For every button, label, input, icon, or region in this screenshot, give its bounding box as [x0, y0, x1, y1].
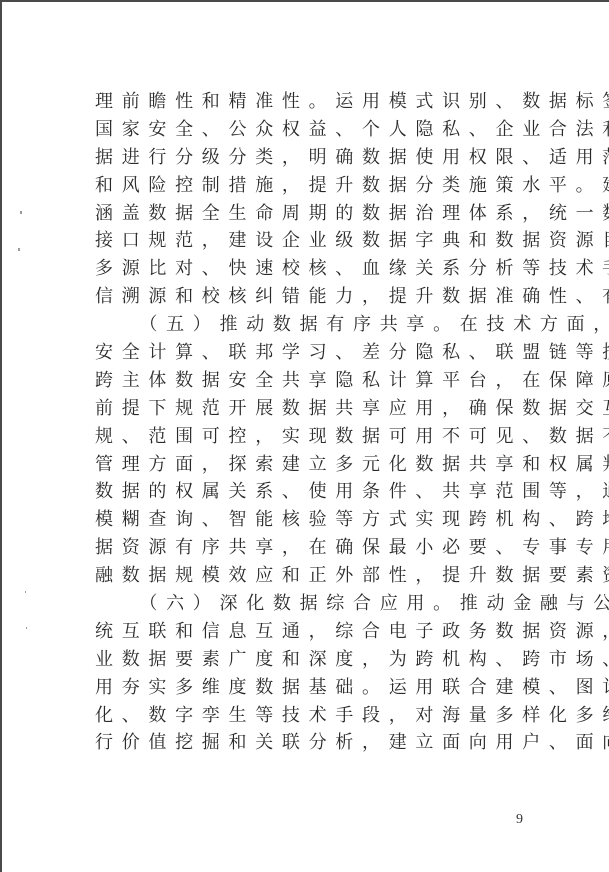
text-line: 行价值挖掘和关联分析，建立面向用户、面向场景的大数据 [95, 729, 535, 757]
text-line: 统互联和信息互通，综合电子政务数据资源，不断拓展金融 [95, 618, 535, 646]
scan-artifact-mark [25, 591, 26, 593]
text-line: 接口规范，建设企业级数据字典和数据资源目录，运用数据 [95, 227, 535, 255]
body-text: 理前瞻性和精准性。运用模式识别、数据标签等手段，综合 国家安全、公众权益、个人隐… [95, 88, 535, 757]
text-line: 信溯源和校核纠错能力，提升数据准确性、有效性和易用性。 [95, 283, 535, 311]
text-line: 理前瞻性和精准性。运用模式识别、数据标签等手段，综合 [95, 88, 535, 116]
document-page: 理前瞻性和精准性。运用模式识别、数据标签等手段，综合 国家安全、公众权益、个人隐… [0, 0, 609, 872]
text-line: 模糊查询、智能核验等方式实现跨机构、跨地域、跨行业数 [95, 506, 535, 534]
text-line: 跨主体数据安全共享隐私计算平台，在保障原始数据不出域 [95, 367, 535, 395]
text-line: 和风险控制措施，提升数据分类施策水平。建立协调一致、 [95, 172, 535, 200]
text-line: 融数据规模效应和正外部性，提升数据要素资源配置效率。 [95, 562, 535, 590]
text-line: 据资源有序共享，在确保最小必要、专事专用前提下增强金 [95, 534, 535, 562]
page-number: 9 [516, 812, 523, 828]
text-line: 安全计算、联邦学习、差分隐私、联盟链等技术，探索建立 [95, 339, 535, 367]
text-line: 涵盖数据全生命周期的数据治理体系，统一数据编码规则和 [95, 200, 535, 228]
text-line: 用夯实多维度数据基础。运用联合建模、图计算、数据可视 [95, 674, 535, 702]
scan-artifact-mark [18, 248, 20, 251]
text-line: 前提下规范开展数据共享应用，确保数据交互安全、使用合 [95, 395, 535, 423]
text-line: 管理方面，探索建立多元化数据共享和权属判定机制，明确 [95, 451, 535, 479]
scan-artifact-mark [20, 211, 22, 214]
section-heading-line: （五）推动数据有序共享。在技术方面，积极应用多方 [95, 311, 535, 339]
scan-artifact-mark [26, 627, 27, 629]
text-line: 业数据要素广度和深度，为跨机构、跨市场、跨领域综合应 [95, 646, 535, 674]
section-heading-line: （六）深化数据综合应用。推动金融与公共服务领域系 [95, 590, 535, 618]
text-line: 化、数字孪生等技术手段，对海量多样化多维度数据资源进 [95, 702, 535, 730]
text-line: 国家安全、公众权益、个人隐私、企业合法利益等属性对数 [95, 116, 535, 144]
text-line: 数据的权属关系、使用条件、共享范围等，通过模型计算、 [95, 478, 535, 506]
text-line: 规、范围可控，实现数据可用不可见、数据不动价值动。在 [95, 423, 535, 451]
text-line: 多源比对、快速校核、血缘关系分析等技术手段增强数据可 [95, 255, 535, 283]
text-line: 据进行分级分类，明确数据使用权限、适用范围、应用场景 [95, 144, 535, 172]
